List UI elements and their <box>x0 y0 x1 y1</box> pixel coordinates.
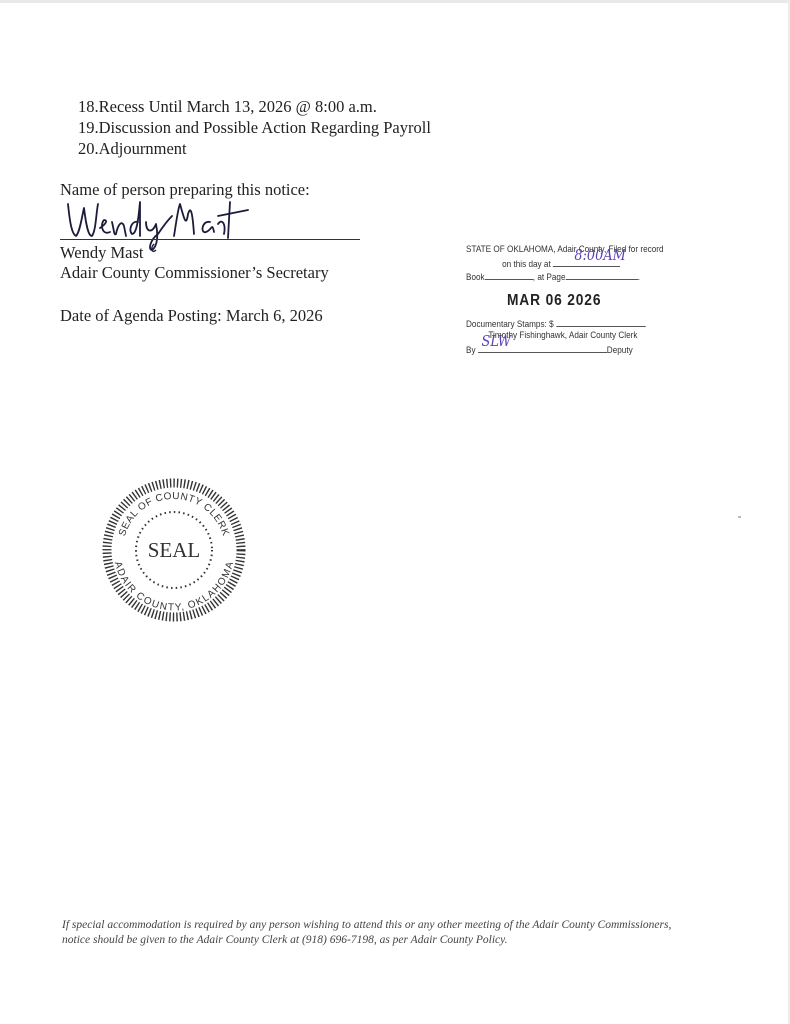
agenda-posting-date: Date of Agenda Posting: March 6, 2026 <box>60 306 323 326</box>
filed-time-handwritten: 8:00AM <box>574 249 626 262</box>
item-number: 19. <box>78 118 99 137</box>
deputy-label: Deputy <box>607 345 633 356</box>
agenda-item-19: 19.Discussion and Possible Action Regard… <box>78 117 431 138</box>
item-text: Recess Until March 13, 2026 @ 8:00 a.m. <box>99 97 377 116</box>
preparer-name: Wendy Mast <box>60 242 143 263</box>
preparer-title: Adair County Commissioner’s Secretary <box>60 263 329 283</box>
svg-text:SEAL OF COUNTY CLERK: SEAL OF COUNTY CLERK <box>117 491 231 538</box>
stamp-line-3: Book, at Page. <box>466 269 642 282</box>
agenda-item-20: 20.Adjournment <box>78 138 431 159</box>
book-blank <box>485 269 533 280</box>
agenda-list: 18.Recess Until March 13, 2026 @ 8:00 a.… <box>78 96 431 159</box>
page-blank <box>565 269 637 280</box>
by-label: By <box>466 345 476 356</box>
county-clerk-seal: SEAL OF COUNTY CLERK ADAIR COUNTY, OKLAH… <box>101 477 247 623</box>
page-top-edge <box>0 0 790 3</box>
signature-line <box>60 239 360 240</box>
page-label: , at Page <box>533 272 566 283</box>
accommodation-notice: If special accommodation is required by … <box>62 918 702 948</box>
agenda-item-18: 18.Recess Until March 13, 2026 @ 8:00 a.… <box>78 96 431 117</box>
seal-top-text: SEAL OF COUNTY CLERK <box>117 491 231 538</box>
scan-speck <box>738 516 741 518</box>
stamp-doc-stamps: Documentary Stamps: $ <box>466 316 642 329</box>
seal-center-text: SEAL <box>148 538 201 562</box>
item-number: 18. <box>78 97 99 116</box>
item-number: 20. <box>78 139 99 158</box>
deputy-initials-handwritten: SLW <box>481 335 511 348</box>
book-label: Book <box>466 272 485 283</box>
stamp-line-2: on this day at 8:00AM <box>466 256 642 269</box>
stamp-date: MAR 06 2026 <box>466 286 642 316</box>
filing-stamp: STATE OF OKLAHOMA, Adair County, Filed f… <box>466 243 642 355</box>
doc-stamps-blank <box>556 316 645 327</box>
item-text: Discussion and Possible Action Regarding… <box>99 118 431 137</box>
stamp-by-line: By Deputy SLW <box>466 342 642 355</box>
item-text: Adjournment <box>99 139 187 158</box>
